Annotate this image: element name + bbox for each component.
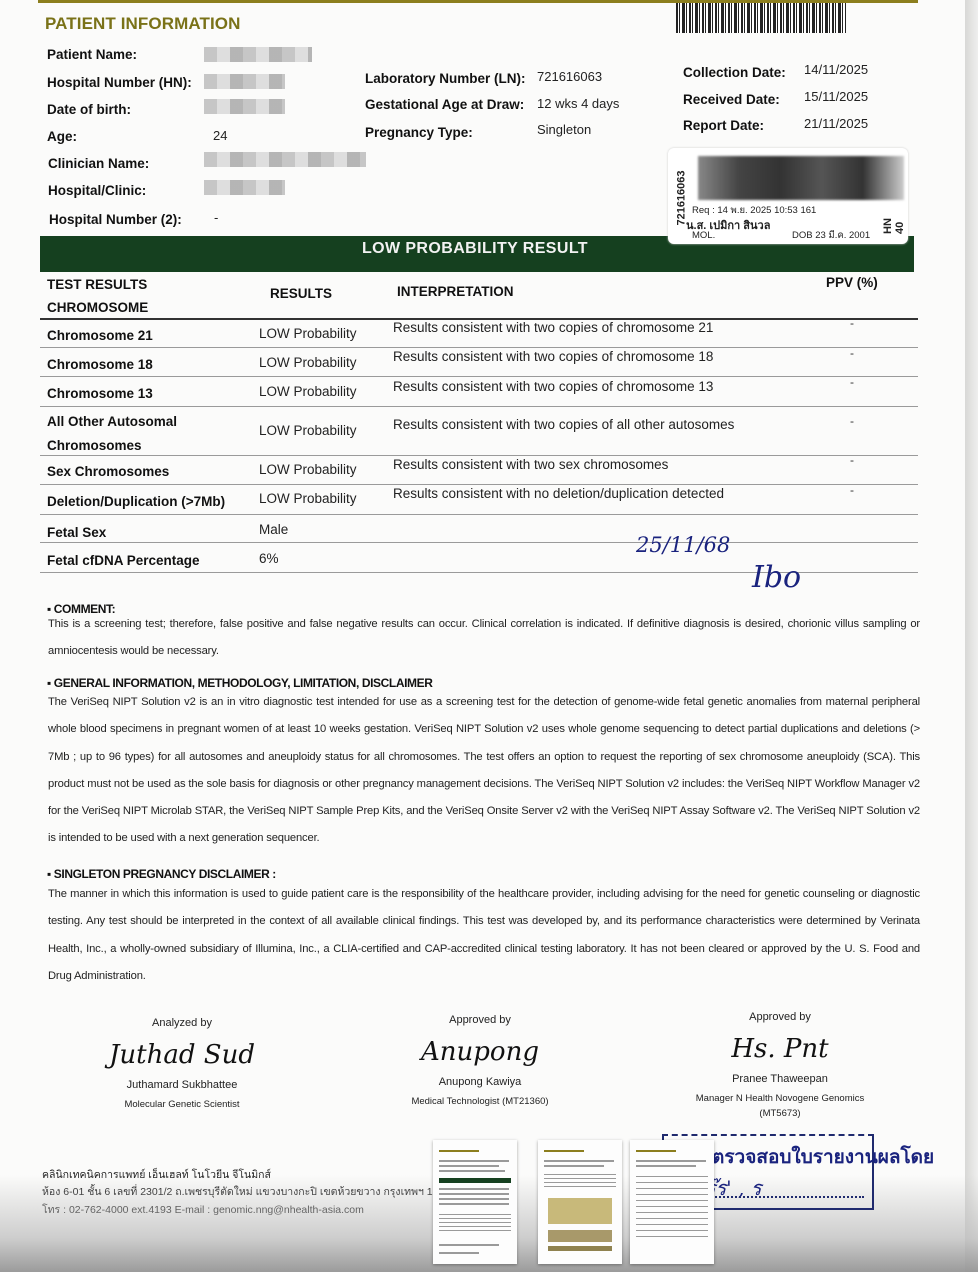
row-ppv: -: [850, 414, 854, 428]
row-test: Chromosome 21: [47, 328, 153, 343]
general-text: The VeriSeq NIPT Solution v2 is an in vi…: [48, 689, 920, 853]
singleton-heading: ▪ SINGLETON PREGNANCY DISCLAIMER :: [47, 867, 276, 881]
signature-analyzed: Analyzed by Juthad Sud Juthamard Sukbhat…: [92, 1017, 272, 1110]
patient-name-label: Patient Name:: [47, 47, 137, 62]
pregnancy-type-label: Pregnancy Type:: [365, 125, 473, 140]
row-test: Fetal Sex: [47, 525, 106, 540]
row-interpretation: Results consistent with two copies of al…: [393, 417, 734, 432]
row-result: Male: [259, 522, 288, 537]
row-divider: [40, 455, 918, 456]
row-interpretation: Results consistent with no deletion/dupl…: [393, 486, 724, 501]
specimen-sticker: 721616063 HN 40 Req : 14 พ.ย. 2025 10:53…: [668, 148, 908, 244]
thumbnail-page-1[interactable]: [433, 1140, 517, 1264]
hn-redacted: [204, 74, 285, 89]
sticker-dept: MOL.: [692, 230, 715, 241]
hospital-label: Hospital/Clinic:: [48, 183, 146, 198]
row-test: Fetal cfDNA Percentage: [47, 553, 200, 568]
dob-redacted: [204, 99, 285, 114]
col-interpretation: INTERPRETATION: [397, 284, 514, 299]
row-ppv: -: [850, 316, 854, 330]
sticker-hn: HN 40: [882, 206, 906, 234]
row-divider: [40, 347, 918, 348]
sig-heading: Approved by: [390, 1014, 570, 1026]
hospital-redacted: [204, 180, 285, 195]
row-divider: [40, 376, 918, 377]
report-date-label: Report Date:: [683, 118, 764, 133]
signature-scribble: Juthad Sud: [92, 1035, 272, 1075]
sig-role: Manager N Health Novogene Genomics: [680, 1093, 880, 1104]
row-result: LOW Probability: [259, 355, 357, 370]
sig-heading: Approved by: [680, 1011, 880, 1023]
age-label: Age:: [47, 129, 77, 144]
comment-text: This is a screening test; therefore, fal…: [48, 611, 920, 666]
patient-info-title: PATIENT INFORMATION: [45, 14, 241, 34]
signature-scribble: Anupong: [390, 1032, 570, 1072]
sig-name: Juthamard Sukbhattee: [92, 1079, 272, 1091]
hn-label: Hospital Number (HN):: [47, 75, 192, 90]
row-interpretation: Results consistent with two copies of ch…: [393, 320, 713, 335]
row-result: LOW Probability: [259, 423, 357, 438]
collection-date-label: Collection Date:: [683, 65, 786, 80]
handwritten-date: 25/11/68: [636, 533, 730, 557]
signature-approved-1: Approved by Anupong Anupong Kawiya Medic…: [390, 1014, 570, 1107]
row-test: Sex Chromosomes: [47, 464, 169, 479]
row-ppv: -: [850, 346, 854, 360]
col-chromosome: CHROMOSOME: [47, 300, 148, 315]
sig-role: Molecular Genetic Scientist: [92, 1099, 272, 1110]
row-interpretation: Results consistent with two copies of ch…: [393, 349, 713, 364]
row-test: All Other Autosomal: [47, 414, 177, 429]
sig-role-license: (MT5673): [680, 1108, 880, 1119]
row-result: LOW Probability: [259, 491, 357, 506]
sig-name: Anupong Kawiya: [390, 1076, 570, 1088]
stamp-text: ตรวจสอบใบรายงานผลโดย: [712, 1142, 934, 1172]
ln-value: 721616063: [537, 69, 602, 84]
received-date-label: Received Date:: [683, 92, 780, 107]
row-interpretation: Results consistent with two sex chromoso…: [393, 457, 668, 472]
col-test-results: TEST RESULTS: [47, 277, 147, 292]
thumbnail-page-3[interactable]: [630, 1140, 714, 1264]
col-ppv: PPV (%): [826, 275, 878, 290]
row-ppv: -: [850, 453, 854, 467]
collection-date-value: 14/11/2025: [804, 62, 868, 77]
row-result: LOW Probability: [259, 384, 357, 399]
general-heading: ▪ GENERAL INFORMATION, METHODOLOGY, LIMI…: [47, 676, 433, 690]
patient-name-redacted: [204, 47, 312, 62]
row-result: LOW Probability: [259, 462, 357, 477]
handwritten-initials: Ibo: [752, 560, 801, 595]
row-interpretation: Results consistent with two copies of ch…: [393, 379, 713, 394]
report-date-value: 21/11/2025: [804, 116, 868, 131]
row-ppv: -: [850, 375, 854, 389]
row-result: 6%: [259, 551, 279, 566]
row-test: Chromosome 13: [47, 386, 153, 401]
sig-heading: Analyzed by: [92, 1017, 272, 1029]
ga-label: Gestational Age at Draw:: [365, 97, 524, 112]
signature-approved-2: Approved by Hs. Pnt Pranee Thaweepan Man…: [680, 1011, 880, 1119]
row-result: LOW Probability: [259, 326, 357, 341]
row-divider: [40, 514, 918, 515]
age-value: 24: [213, 128, 227, 143]
row-divider: [40, 406, 918, 407]
sig-role: Medical Technologist (MT21360): [390, 1096, 570, 1107]
row-test: Chromosome 18: [47, 357, 153, 372]
sticker-redacted-barcode: [698, 156, 904, 200]
signature-scribble: Hs. Pnt: [680, 1029, 880, 1069]
received-date-value: 15/11/2025: [804, 89, 868, 104]
col-results: RESULTS: [270, 286, 332, 301]
stamp-dotted-line: [704, 1196, 864, 1198]
sig-name: Pranee Thaweepan: [680, 1073, 880, 1085]
page-edge-shadow: [965, 0, 978, 1272]
singleton-text: The manner in which this information is …: [48, 881, 920, 990]
hn2-label: Hospital Number (2):: [49, 212, 182, 227]
row-test-line2: Chromosomes: [47, 438, 142, 453]
ga-value: 12 wks 4 days: [537, 96, 619, 111]
barcode: [676, 3, 846, 33]
dob-label: Date of birth:: [47, 102, 131, 117]
sticker-dob: DOB 23 มี.ค. 2001: [792, 228, 870, 243]
thumbnail-page-2[interactable]: [538, 1140, 622, 1264]
hn2-value: -: [214, 210, 218, 225]
row-divider: [40, 542, 918, 543]
ln-label: Laboratory Number (LN):: [365, 71, 526, 86]
clinician-label: Clinician Name:: [48, 156, 149, 171]
row-divider: [40, 484, 918, 485]
pregnancy-type-value: Singleton: [537, 122, 591, 137]
row-ppv: -: [850, 483, 854, 497]
row-test: Deletion/Duplication (>7Mb): [47, 494, 225, 509]
clinician-redacted: [204, 152, 366, 167]
